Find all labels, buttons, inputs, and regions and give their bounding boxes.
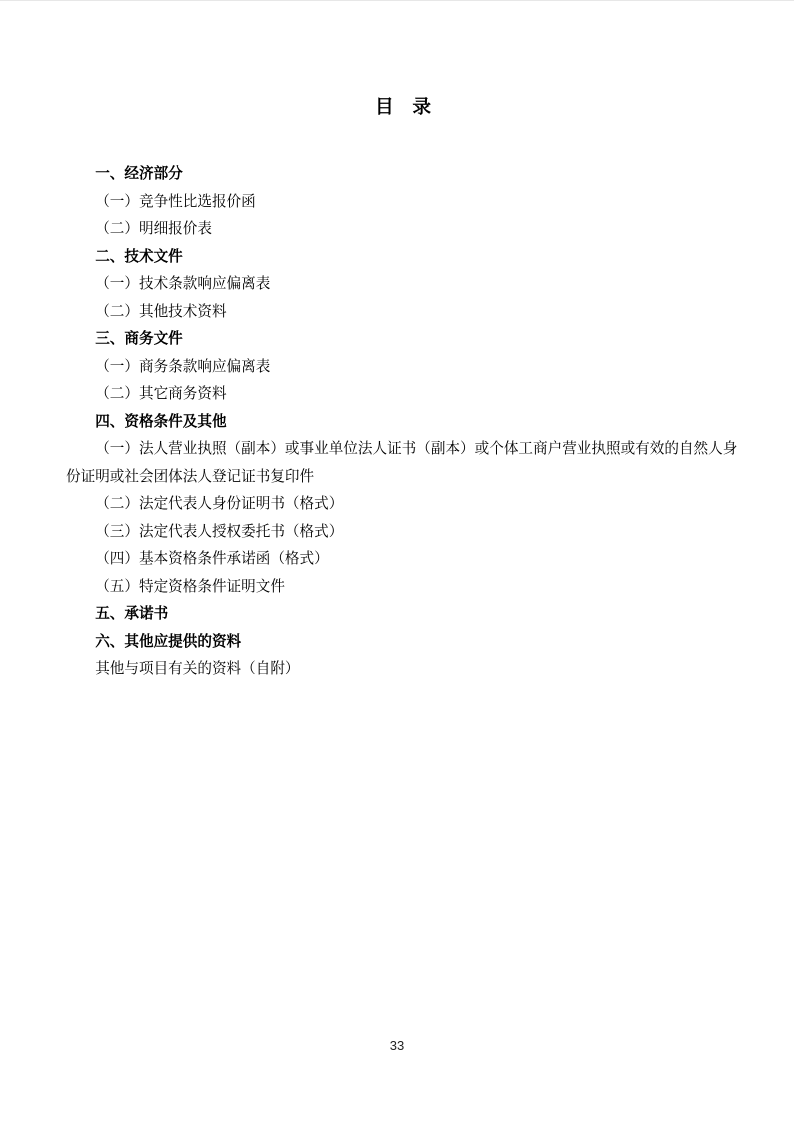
toc-section-heading: 三、商务文件 bbox=[66, 326, 740, 354]
toc-item: （一）法人营业执照（副本）或事业单位法人证书（副本）或个体工商户营业执照或有效的… bbox=[66, 436, 740, 491]
document-page: 目 录 一、经济部分 （一）竞争性比选报价函 （二）明细报价表 二、技术文件 （… bbox=[0, 0, 794, 1122]
toc-item: （二）其它商务资料 bbox=[66, 381, 740, 409]
toc-item: （一）技术条款响应偏离表 bbox=[66, 271, 740, 299]
toc-item: （二）明细报价表 bbox=[66, 216, 740, 244]
toc-item: （五）特定资格条件证明文件 bbox=[66, 574, 740, 602]
toc-section-heading: 五、承诺书 bbox=[66, 601, 740, 629]
toc-item: 其他与项目有关的资料（自附） bbox=[66, 656, 740, 684]
toc-item: （二）法定代表人身份证明书（格式） bbox=[66, 491, 740, 519]
toc-section-heading: 六、其他应提供的资料 bbox=[66, 629, 740, 657]
toc-item: （一）竞争性比选报价函 bbox=[66, 189, 740, 217]
page-number: 33 bbox=[0, 1037, 794, 1055]
page-title: 目 录 bbox=[66, 94, 740, 122]
toc-item: （一）商务条款响应偏离表 bbox=[66, 354, 740, 382]
toc-section-heading: 一、经济部分 bbox=[66, 161, 740, 189]
toc-section-heading: 四、资格条件及其他 bbox=[66, 409, 740, 437]
table-of-contents: 一、经济部分 （一）竞争性比选报价函 （二）明细报价表 二、技术文件 （一）技术… bbox=[66, 161, 740, 684]
toc-section-heading: 二、技术文件 bbox=[66, 244, 740, 272]
toc-item: （二）其他技术资料 bbox=[66, 299, 740, 327]
toc-item: （三）法定代表人授权委托书（格式） bbox=[66, 519, 740, 547]
toc-item: （四）基本资格条件承诺函（格式） bbox=[66, 546, 740, 574]
